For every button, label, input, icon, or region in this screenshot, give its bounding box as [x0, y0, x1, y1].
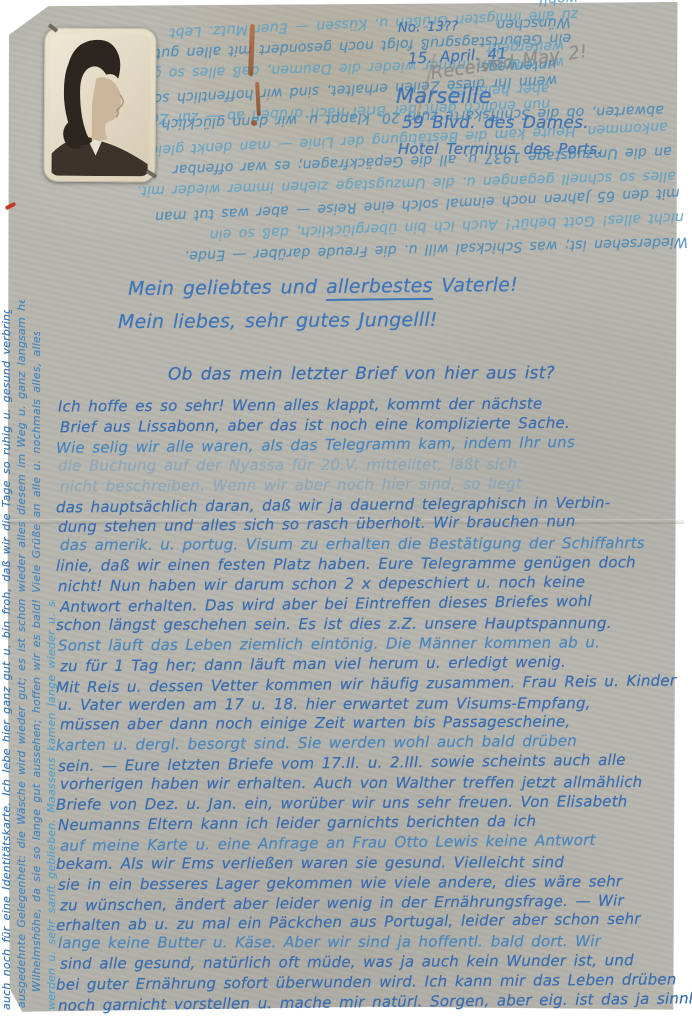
body-line: bekam. Als wir Ems verließen waren sie g…	[56, 853, 564, 873]
address-line-1: 59 Blvd. des Dames.	[402, 113, 589, 133]
margin-line: werden u. sehr sanft geblieben. Maassens…	[45, 600, 58, 1010]
body-line: Brief aus Lissabonn, aber das ist noch e…	[60, 414, 570, 436]
body-line: erhalten ab u. zu mal ein Päckchen aus P…	[56, 910, 641, 935]
body-line: linie, daß wir einen festen Platz haben.…	[56, 553, 636, 575]
body-line: schon längst geschehen sein. Es ist dies…	[56, 614, 612, 634]
margin-line: Wilhelmshöhe, da sie so lange gut ausseh…	[30, 332, 43, 992]
body-line: sein. — Eure letzten Briefe vom 17.II. u…	[58, 751, 626, 775]
body-line: das amerik. u. portug. Visum zu erhalten…	[60, 534, 645, 554]
body-line: noch garnicht vorstellen u. mache mir na…	[58, 989, 692, 1014]
body-line: Neumanns Eltern kann ich leider garnicht…	[58, 812, 536, 834]
body-line: lange keine Butter u. Käse. Aber wir sin…	[58, 932, 601, 952]
address-line-2: Hotel Terminus des Ports.	[398, 140, 602, 158]
body-line: u. Vater werden am 17 u. 18. hier erwart…	[58, 694, 591, 714]
body-line: Antwort erhalten. Das wird aber bei Eint…	[60, 592, 592, 616]
body-line: dung stehen und alles sich so rasch über…	[58, 512, 576, 536]
body-line: Ob das mein letzter Brief von hier aus i…	[168, 363, 555, 384]
letter-number: No. 13??	[398, 19, 459, 36]
body-line: Mit Reis u. dessen Vetter kommen wir häu…	[56, 671, 676, 696]
body-line: Briefe von Dez. u. Jan. ein, worüber wir…	[56, 792, 628, 813]
body-line: müssen aber dann noch einige Zeit warten…	[60, 713, 570, 734]
body-line: vorherigen haben wir erhalten. Auch von …	[60, 773, 642, 793]
woman-profile-portrait-icon	[50, 34, 151, 177]
body-line: Ich hoffe es so sehr! Wenn alles klappt,…	[58, 395, 542, 416]
portrait-photo	[43, 28, 156, 183]
margin-line: auch noch für eine Identitätskarte. Ich …	[0, 310, 13, 1010]
city-line: Marseille	[396, 84, 492, 108]
margin-line: ausgedehnte Gelegenheit: die Wäsche wird…	[15, 300, 28, 1008]
body-line: die Buchung auf der Nyassa für 20.V. mit…	[58, 455, 517, 475]
body-line: karten u. dergl. besorgt sind. Sie werde…	[56, 732, 577, 755]
body-line: Wie selig wir alle waren, als das Telegr…	[56, 433, 575, 457]
body-line: auf meine Karte u. eine Anfrage an Frau …	[60, 831, 596, 855]
body-line: sie in ein besseres Lager gekommen wie v…	[58, 872, 622, 893]
letter-scan: zu alle innigsten Grüßen u. Küssen — Eue…	[0, 0, 692, 1024]
body-line: Sonst läuft das Leben ziemlich eintönig.…	[58, 633, 600, 654]
body-line: nicht beschreiben. Wenn wir aber noch hi…	[60, 474, 522, 495]
body-line: zu für 1 Tag her; dann läuft man viel he…	[60, 652, 566, 674]
body-line: sind alle gesund, natürlich oft müde, wa…	[60, 951, 634, 973]
